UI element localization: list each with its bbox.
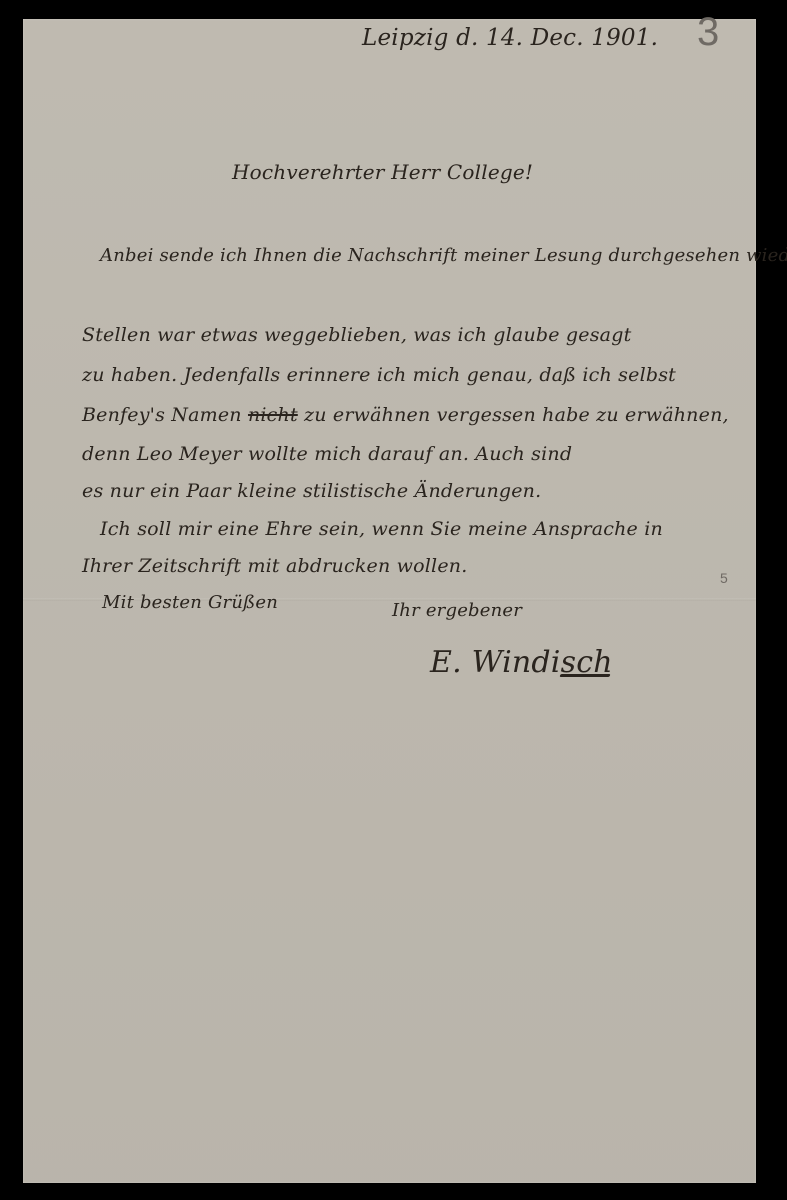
body-text: Benfey's Namen <box>82 404 242 426</box>
closing-greeting: Mit besten Grüßen <box>102 592 278 613</box>
salutation: Hochverehrter Herr College! <box>232 160 533 184</box>
body-line-7: es nur ein Paar kleine stilistische Ände… <box>82 480 541 502</box>
body-line-4: zu haben. Jedenfalls erinnere ich mich g… <box>82 364 676 386</box>
dateline: Leipzig d. 14. Dec. 1901. <box>362 25 658 51</box>
struck-word: nicht <box>248 404 298 426</box>
signature-flourish <box>559 674 610 677</box>
body-line-9: Ihrer Zeitschrift mit abdrucken wollen. <box>82 555 467 577</box>
body-text: Anbei sende ich Ihnen die Nachschrift me… <box>100 245 787 266</box>
body-line-1: Anbei sende ich Ihnen die Nachschrift me… <box>100 245 787 266</box>
margin-pencil-mark: 5 <box>720 570 728 586</box>
folio-number: 3 <box>697 10 719 55</box>
body-text: zu erwähnen vergessen habe zu erwähnen, <box>304 404 729 426</box>
body-line-6: denn Leo Meyer wollte mich darauf an. Au… <box>82 443 572 465</box>
body-line-5: Benfey's Namen nicht zu erwähnen vergess… <box>82 404 729 426</box>
complimentary-close: Ihr ergebener <box>392 600 522 621</box>
body-line-8: Ich soll mir eine Ehre sein, wenn Sie me… <box>100 518 663 540</box>
body-line-3: Stellen war etwas weggeblieben, was ich … <box>82 324 631 346</box>
